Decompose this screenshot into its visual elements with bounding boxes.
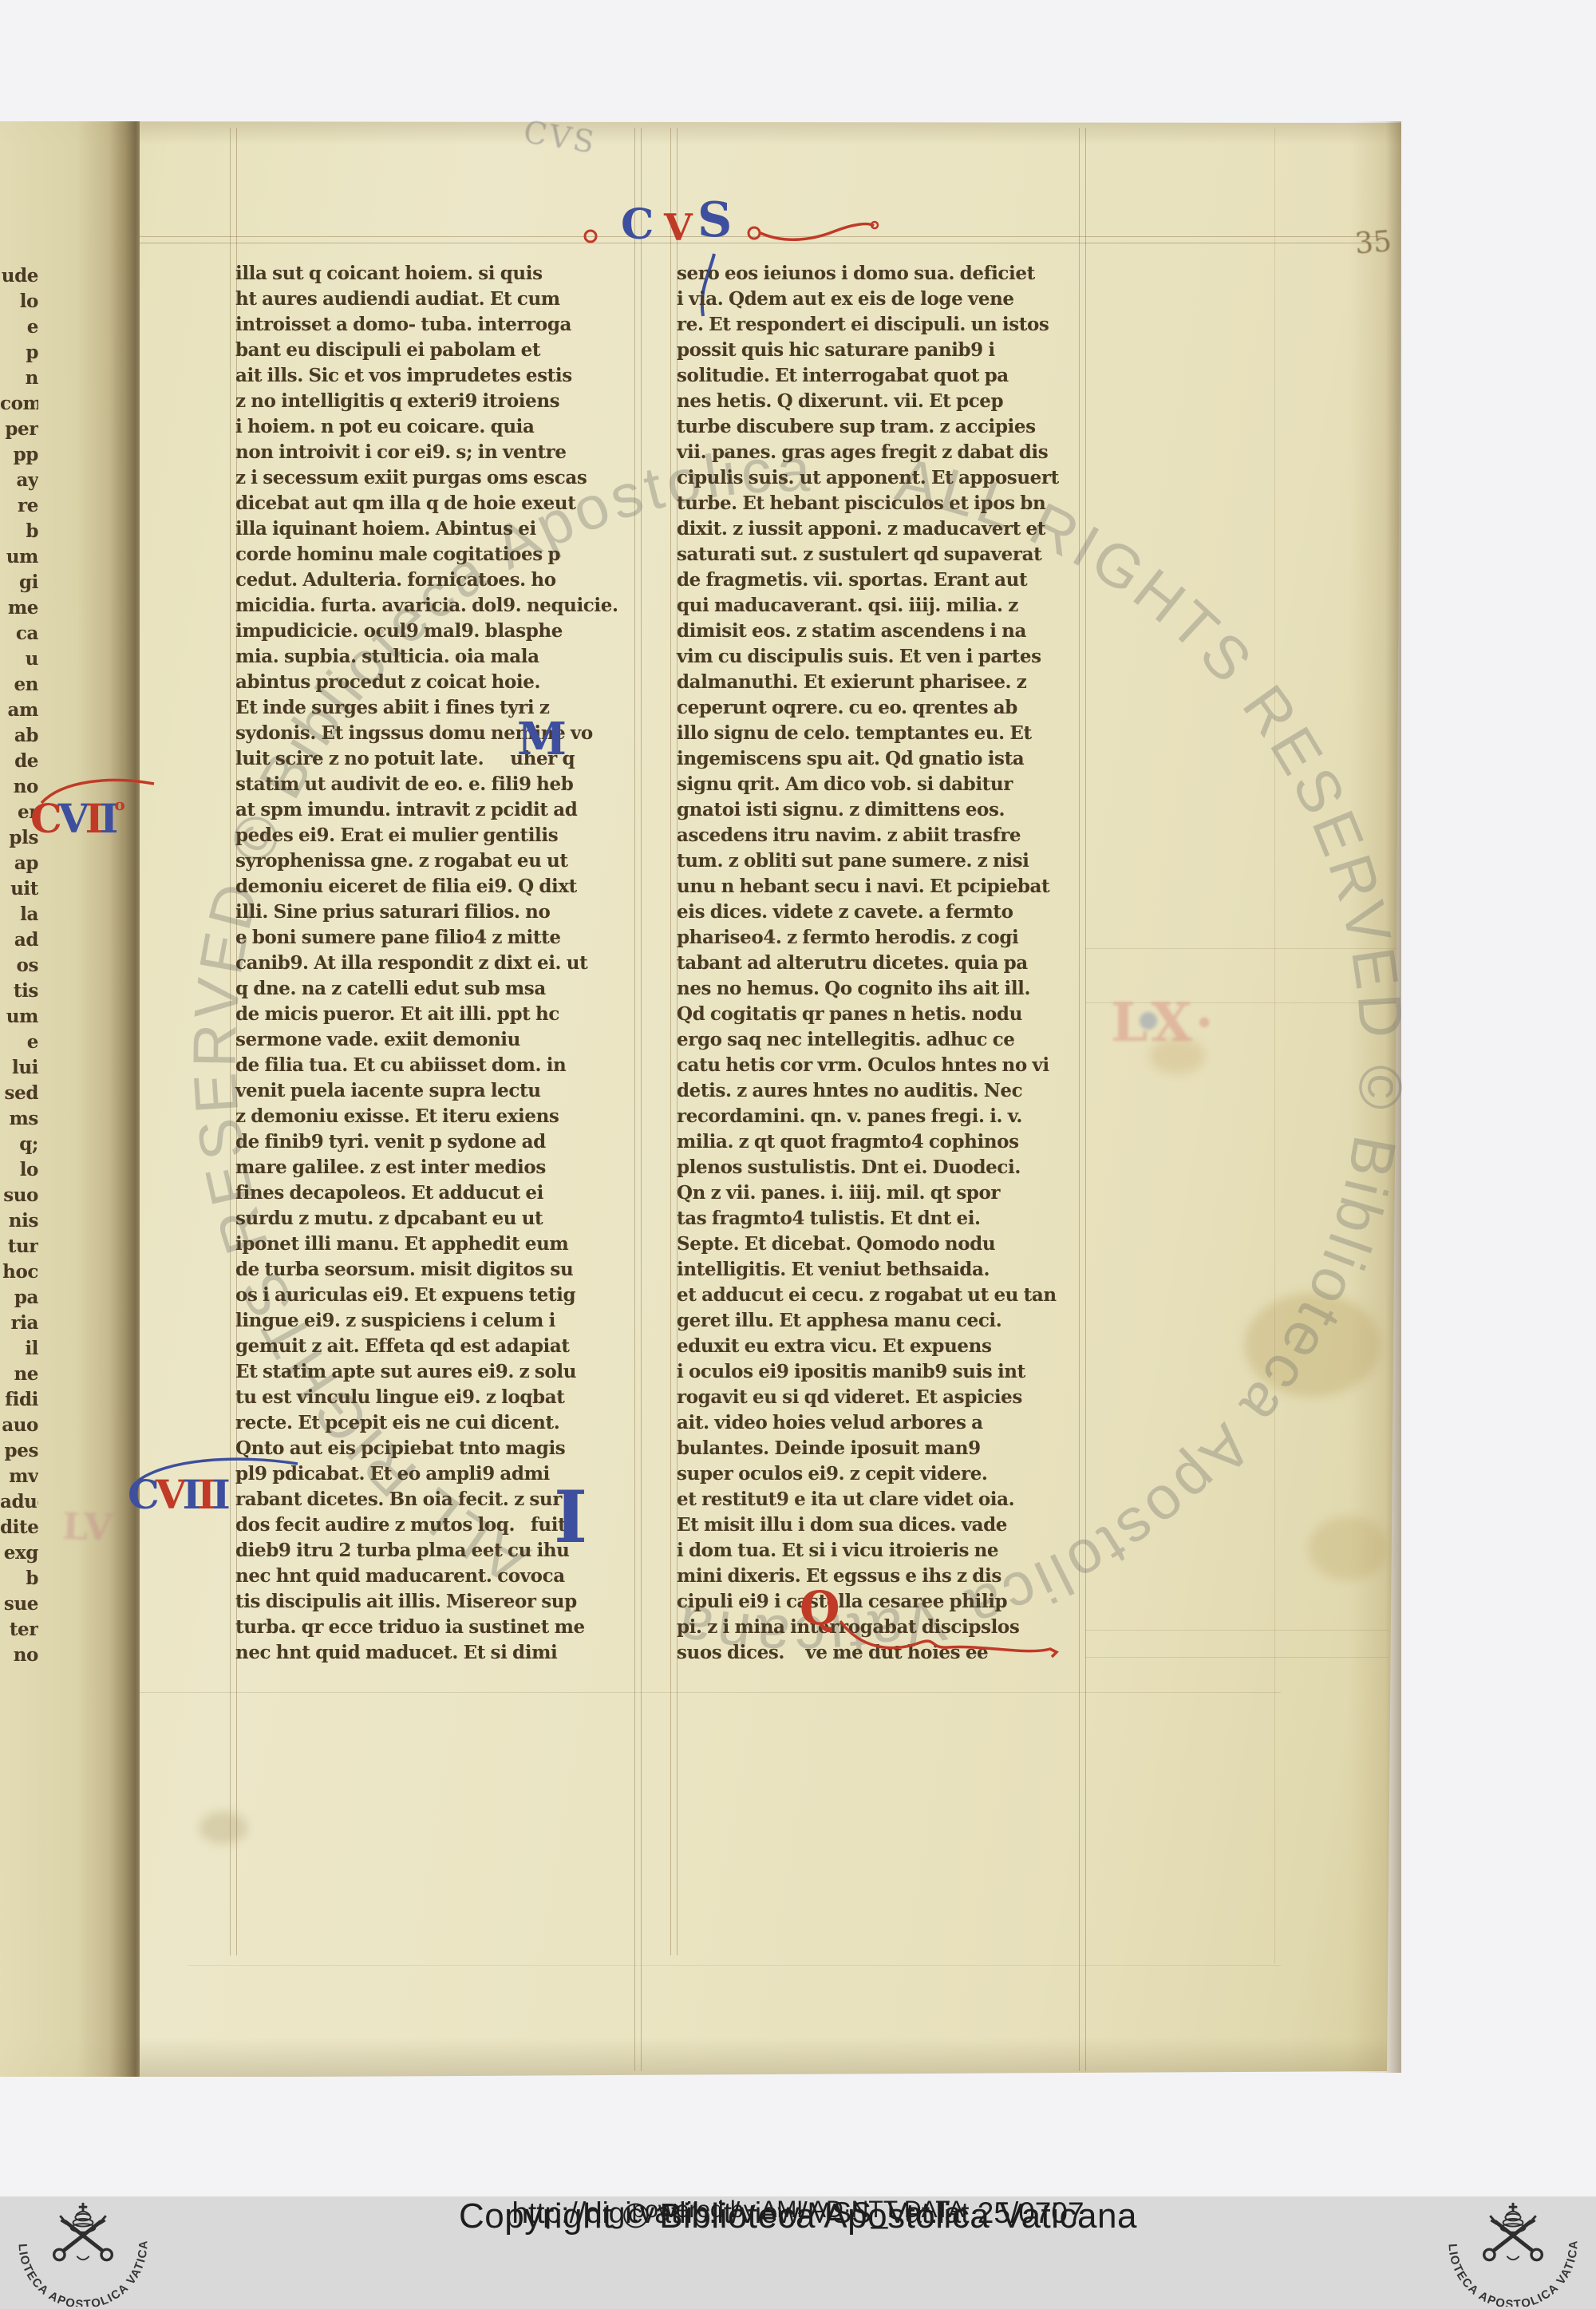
manuscript-text-line: turbe. Et hebant pisciculos et ipos bn [677,491,1080,516]
facing-fragment-line: nis [0,1208,38,1234]
facing-fragment-line: ude [0,263,38,289]
facing-fragment-line: il [0,1336,38,1362]
manuscript-text-line: ascedens itru navim. z abiit trasfre [677,823,1080,848]
parchment-right-edge-shadow [1349,121,1401,2073]
manuscript-text-line: nec hnt quid maducet. Et si dimi [235,1640,638,1666]
vatican-library-logo-left: BIBLIOTECA APOSTOLICA VATICANA [6,2201,160,2307]
facing-fragment-line: fidi [0,1387,38,1413]
manuscript-text-line: corde hominu male cogitatioes p [235,542,638,567]
manuscript-text-line: de filia tua. Et cu abiisset dom. in [235,1053,638,1078]
facing-fragment-line: b [0,519,38,544]
manuscript-text-line: et adducut ei cecu. z rogabat ut eu tan [677,1283,1080,1308]
manuscript-text-line: i via. Qdem aut ex eis de loge vene [677,287,1080,312]
initial-i-in-diebus: I [554,1481,587,1553]
chapter-numeral-flourish [38,774,158,806]
facing-fragment-line: uit [0,876,38,902]
facing-fragment-line: sed [0,1081,38,1106]
manuscript-text-line: eis dices. videte z cavete. a fermto [677,899,1080,925]
manuscript-text-line: ceperunt oqrere. cu eo. qrentes ab [677,695,1080,721]
ruling-line [188,1965,1281,1966]
viewer-footer-bar: Copyright © Biblioteca Apostolica Vatica… [0,2196,1596,2309]
facing-fragment-line: pes [0,1438,38,1464]
show-through-numeral-lv: LV [61,1504,113,1549]
manuscript-text-line: luit scire z no potuit late. uher q [235,746,638,772]
manuscript-text-line: possit quis hic saturare panib9 i [677,338,1080,363]
manuscript-text-line: z no intelligitis q exteri9 itroiens [235,389,638,414]
manuscript-text-line: tis discipulis ait illis. Misereor sup [235,1589,638,1615]
facing-fragment-line: ca [0,621,38,646]
show-through-numeral-lx: LX· [1111,991,1217,1054]
manuscript-text-line: dimisit eos. z statim ascendens i na [677,619,1080,644]
manuscript-text-line: demoniu eiceret de filia ei9. Q dixt [235,874,638,899]
manuscript-text-line: cipulis suis. ut apponent. Et apposuert [677,465,1080,491]
ruling-line [670,128,671,1955]
facing-fragment-line: me [0,595,38,621]
manuscript-text-line: tu est vinculu lingue ei9. z loqbat [235,1385,638,1410]
facing-fragment-line: ap [0,851,38,876]
facing-fragment-line: um [0,544,38,570]
manuscript-text-line: iponet illi manu. Et apphedit eum [235,1232,638,1257]
manuscript-text-line: i hoiem. n pot eu coicare. quia [235,414,638,440]
ruling-line [140,1692,1281,1693]
manuscript-text-line: Septe. Et dicebat. Qomodo nodu [677,1232,1080,1257]
vatican-keys-emblem [54,2203,113,2260]
manuscript-text-line: illo signu de celo. temptantes eu. Et [677,721,1080,746]
facing-fragment-line: de [0,749,38,774]
facing-fragment-line: b [0,1566,38,1591]
facing-fragment-line: com [0,391,38,417]
parchment-stain [1245,1293,1381,1397]
manuscript-text-line: intelligitis. Et veniut bethsaida. [677,1257,1080,1283]
manuscript-text-line: tum. z obliti sut pane sumere. z nisi [677,848,1080,874]
facing-fragment-line: u [0,646,38,672]
manuscript-text-line: canib9. At illa respondit z dixt ei. ut [235,951,638,976]
manuscript-text-line: sero eos ieiunos i domo sua. deficiet [677,261,1080,287]
manuscript-text-line: dixit. z iussit apponi. z maducavert et [677,516,1080,542]
manuscript-text-line: signu qrit. Am dico vob. si dabitur [677,772,1080,797]
manuscript-text-line: z demoniu exisse. Et iteru exiens [235,1104,638,1129]
manuscript-text-line: de finib9 tyri. venit p sydone ad [235,1129,638,1155]
manuscript-text-line: mare galilee. z est inter medios [235,1155,638,1180]
facing-fragment-line: ne [0,1362,38,1387]
facing-fragment-line: la [0,902,38,927]
facing-fragment-line: gi [0,570,38,595]
manuscript-text-line: vim cu discipulis suis. Et ven i partes [677,644,1080,670]
manuscript-text-line: i oculos ei9 ipositis manib9 suis int [677,1359,1080,1385]
manuscript-text-line: re. Et respondert ei discipuli. un istos [677,312,1080,338]
manuscript-text-line: gnatoi isti signu. z dimittens eos. [677,797,1080,823]
manuscript-text-line: gemuit z ait. Effeta qd est adapiat [235,1334,638,1359]
manuscript-text-line: micidia. furta. avaricia. dol9. nequicie… [235,593,638,619]
manuscript-right-column: sero eos ieiunos i domo sua. deficieti v… [677,261,1080,1666]
svg-text:BIBLIOTECA APOSTOLICA VATICANA: BIBLIOTECA APOSTOLICA VATICANA [6,2201,150,2307]
facing-fragment-line: re [0,493,38,519]
facing-fragment-line: tur [0,1234,38,1259]
show-through-blue-mark [1140,1012,1157,1030]
manuscript-text-line: venit puela iacente supra lectu [235,1078,638,1104]
folio-number: 35 [1353,225,1393,261]
manuscript-text-line: vii. panes. gras ages fregit z dabat dis [677,440,1080,465]
ruling-line [230,128,231,1955]
manuscript-text-line: ingemiscens spu ait. Qd gnatio ista [677,746,1080,772]
ruling-line [1085,1657,1389,1658]
manuscript-text-line: de micis pueror. Et ait illi. ppt hc [235,1002,638,1027]
manuscript-text-line: tabant ad alterutru dicetes. quia pa [677,951,1080,976]
manuscript-text-line: Qd cogitatis qr panes n hetis. nodu [677,1002,1080,1027]
manuscript-text-line: nes no hemus. Qo cognito ihs ait ill. [677,976,1080,1002]
manuscript-text-line: geret illu. Et apphesa manu ceci. [677,1308,1080,1334]
manuscript-text-line: bulantes. Deinde iposuit man9 [677,1436,1080,1461]
manuscript-text-line: milia. z qt quot fragmto4 cophinos [677,1129,1080,1155]
manuscript-text-line: lingue ei9. z suspiciens i celum i [235,1308,638,1334]
facing-fragment-line: en [0,672,38,698]
facing-fragment-line: am [0,698,38,723]
manuscript-text-line: sermone vade. exiit demoniu [235,1027,638,1053]
manuscript-text-line: abintus procedut z coicat hoie. [235,670,638,695]
facing-fragment-line: os [0,953,38,979]
chapter-numeral-flourish [134,1451,302,1485]
manuscript-text-line: bant eu discipuli ei pabolam et [235,338,638,363]
facing-fragment-line: tis [0,979,38,1004]
manuscript-text-line: Qn z vii. panes. i. iiij. mil. qt spor [677,1180,1080,1206]
initial-m-mulier: M [517,717,567,761]
facing-fragment-line: n [0,366,38,391]
facing-fragment-line: lo [0,1157,38,1183]
facing-fragment-line: dite [0,1515,38,1540]
initial-q-quem: Q [800,1585,840,1631]
manuscript-text-line: ergo saq nec intellegitis. adhuc ce [677,1027,1080,1053]
manuscript-text-line: dalmanuthi. Et exierunt pharisee. z [677,670,1080,695]
facing-fragment-line: mv [0,1464,38,1489]
vatican-keys-emblem [1484,2203,1543,2260]
ruling-line [1274,128,1275,1963]
facing-fragment-line: q; [0,1132,38,1157]
ruling-line [1085,128,1086,2071]
manuscript-text-line: impudicicie. ocul9 mal9. blasphe [235,619,638,644]
facing-fragment-line: e [0,1030,38,1055]
facing-fragment-line: ay [0,468,38,493]
facing-fragment-line: ria [0,1311,38,1336]
manuscript-text-line: ht aures audiendi audiat. Et cum [235,287,638,312]
manuscript-text-line: illa sut q coicant hoiem. si quis [235,261,638,287]
manuscript-text-line: statim ut audivit de eo. e. fili9 heb [235,772,638,797]
facing-fragment-line: ad [0,927,38,953]
facing-fragment-line: hoc [0,1259,38,1285]
vatican-library-logo-right: BIBLIOTECA APOSTOLICA VATICANA [1436,2201,1590,2307]
chapter-numeral-cvii: CVIIo [30,797,125,839]
manuscript-text-line: Et statim apte sut aures ei9. z solu [235,1359,638,1385]
facing-fragment-line: per [0,417,38,442]
manuscript-text-line: catu hetis cor vrm. Oculos hntes no vi [677,1053,1080,1078]
manuscript-text-line: Et inde surges abiit i fines tyri z [235,695,638,721]
manuscript-text-line: recte. Et pcepit eis ne cui dicent. [235,1410,638,1436]
manuscript-text-line: non introivit i cor ei9. s; in ventre [235,440,638,465]
manuscript-text-line: rogavit eu si qd videret. Et aspicies [677,1385,1080,1410]
manuscript-text-line: phariseo4. z fermto herodis. z cogi [677,925,1080,951]
chapter-numeral-cviii: CVIII [128,1475,227,1515]
manuscript-text-line: turba. qr ecce triduo ia sustinet me [235,1615,638,1640]
manuscript-text-line: tas fragmto4 tulistis. Et dnt ei. [677,1206,1080,1232]
manuscript-text-line: syrophenissa gne. z rogabat eu ut [235,848,638,874]
manuscript-text-line: unu n hebant secu i navi. Et pcipiebat [677,874,1080,899]
running-title-letter: V [664,209,693,246]
initial-q-flourish [836,1617,1068,1665]
facing-fragment-line: lo [0,289,38,314]
manuscript-text-line: at spm imundu. intravit z pcidit ad [235,797,638,823]
manuscript-text-line: surdu z mutu. z dpcabant eu ut [235,1206,638,1232]
manuscript-text-line: illa iquinant hoiem. Abintus ei [235,516,638,542]
manuscript-text-line: eduxit eu extra vicu. Et expuens [677,1334,1080,1359]
manuscript-text-line: plenos sustulistis. Dnt ei. Duodeci. [677,1155,1080,1180]
running-title-letter: C [621,204,654,246]
footer-powered-by-text: powered by AMLAD·NTT DATA [0,2196,1596,2224]
ruling-line [641,128,642,2071]
manuscript-text-line: solitudie. Et interrogabat quot pa [677,363,1080,389]
manuscript-text-line: os i auriculas ei9. Et expuens tetig [235,1283,638,1308]
svg-text:BIBLIOTECA APOSTOLICA VATICANA: BIBLIOTECA APOSTOLICA VATICANA [1436,2201,1580,2307]
facing-fragment-line: auo [0,1413,38,1438]
manuscript-text-line: i dom tua. Et si i vicu itroieris ne [677,1538,1080,1564]
manuscript-text-line: de fragmetis. vii. sportas. Erant aut [677,567,1080,593]
parchment-stain [199,1812,247,1844]
running-title-letter: S [697,196,732,244]
facing-fragment-line: e [0,314,38,340]
facing-fragment-line: suo [0,1183,38,1208]
manuscript-text-line: q dne. na z catelli edut sub msa [235,976,638,1002]
facing-page-text-fragments: udeloepncomperppayrebumgimecauenamabdeno… [0,263,38,1684]
parchment-stain [1309,1516,1389,1580]
facing-fragment-line: lui [0,1055,38,1081]
manuscript-text-line: mia. supbia. stulticia. oia mala [235,644,638,670]
manuscript-text-line: qui maducaverant. qsi. iiij. milia. z [677,593,1080,619]
manuscript-text-line: Et misit illu i dom sua dices. vade [677,1512,1080,1538]
manuscript-text-line: et restitut9 e ita ut clare videt oia. [677,1487,1080,1512]
manuscript-text-line: recordamini. qn. v. panes fregi. i. v. [677,1104,1080,1129]
digitized-manuscript-viewer-page: { "header": { "pencil_ghost": "CVS", "ru… [0,0,1596,2309]
manuscript-text-line: nec hnt quid maducarent. covoca [235,1564,638,1589]
manuscript-text-line: cipuli ei9 i castella cesaree philip [677,1589,1080,1615]
manuscript-text-line: turbe discubere sup tram. z accipies [677,414,1080,440]
manuscript-text-line: pedes ei9. Erat ei mulier gentilis [235,823,638,848]
manuscript-text-line: detis. z aures hntes no auditis. Nec [677,1078,1080,1104]
facing-fragment-line: p [0,340,38,366]
manuscript-text-line: illi. Sine prius saturari filios. no [235,899,638,925]
ruling-line [1085,948,1396,949]
manuscript-text-line: de turba seorsum. misit digitos su [235,1257,638,1283]
manuscript-text-line: sydonis. Et ingssus domu nemine vo [235,721,638,746]
facing-fragment-line: sue [0,1591,38,1617]
manuscript-text-line: ait. video hoies velud arbores a [677,1410,1080,1436]
manuscript-text-line: mini dixeris. Et egssus e ihs z dis [677,1564,1080,1589]
facing-fragment-line: ter [0,1617,38,1643]
manuscript-text-line: saturati sut. z sustulert qd supaverat [677,542,1080,567]
manuscript-text-line: z i secessum exiit purgas oms escas [235,465,638,491]
manuscript-text-line: e boni sumere pane filio4 z mitte [235,925,638,951]
manuscript-text-line: cedut. Adulteria. fornicatoes. ho [235,567,638,593]
facing-fragment-line: no [0,1643,38,1668]
facing-fragment-line: aduo [0,1489,38,1515]
manuscript-text-line: ait ills. Sic et vos imprudetes estis [235,363,638,389]
facing-fragment-line: pp [0,442,38,468]
facing-fragment-line: ms [0,1106,38,1132]
manuscript-text-line: super oculos ei9. z cepit videre. [677,1461,1080,1487]
manuscript-text-line: nes hetis. Q dixerunt. vii. Et pcep [677,389,1080,414]
facing-fragment-line: exg [0,1540,38,1566]
facing-fragment-line: pa [0,1285,38,1311]
manuscript-text-line: fines decapoleos. Et adducut ei [235,1180,638,1206]
facing-fragment-line: ab [0,723,38,749]
manuscript-text-line: introisset a domo- tuba. interroga [235,312,638,338]
ruling-line [1085,1630,1389,1631]
facing-fragment-line: um [0,1004,38,1030]
manuscript-text-line: dicebat aut qm illa q de hoie exeut [235,491,638,516]
